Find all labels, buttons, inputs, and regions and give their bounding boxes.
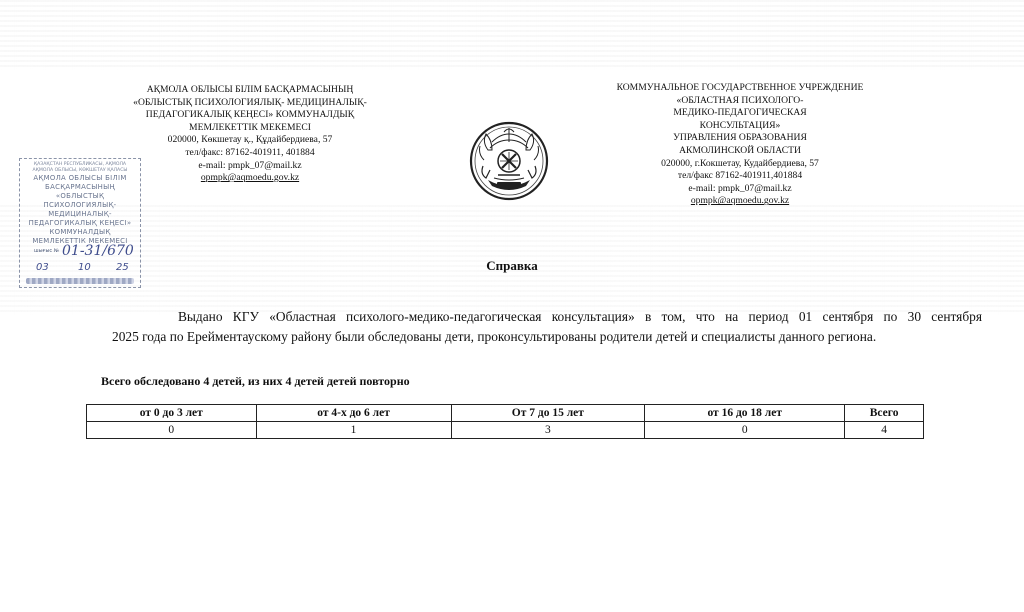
table-header-row: от 0 до 3 лет от 4-х до 6 лет От 7 до 15… [87, 405, 924, 422]
table-header-cell: от 16 до 18 лет [645, 405, 845, 422]
age-statistics-table: от 0 до 3 лет от 4-х до 6 лет От 7 до 15… [86, 404, 924, 439]
letterhead-line: ПЕДАГОГИКАЛЫҚ КЕҢЕСІ» КОММУНАЛДЫҚ [100, 109, 400, 122]
table-cell: 0 [645, 422, 845, 439]
letterhead-email: e-mail: pmpk_07@mail.kz [100, 160, 400, 173]
stamp-line: БАСҚАРМАСЫНЫҢ «ОБЛЫСТЫҚ [20, 183, 140, 201]
stamp-line: АҚМОЛА ОБЛЫСЫ БІЛІМ [20, 174, 140, 183]
table-cell: 1 [256, 422, 451, 439]
letterhead-phone: тел/факс: 87162-401911, 401884 [100, 147, 400, 160]
table-cell: 4 [845, 422, 924, 439]
summary-text: Всего обследовано 4 детей, из них 4 дете… [101, 374, 410, 389]
letterhead-right-russian: КОММУНАЛЬНОЕ ГОСУДАРСТВЕННОЕ УЧРЕЖДЕНИЕ … [590, 82, 890, 208]
table-cell: 3 [451, 422, 645, 439]
letterhead-address: 020000, г.Кокшетау, Кудайбердиева, 57 [590, 158, 890, 171]
letterhead-line: КОММУНАЛЬНОЕ ГОСУДАРСТВЕННОЕ УЧРЕЖДЕНИЕ [590, 82, 890, 95]
table-header-cell: от 4-х до 6 лет [256, 405, 451, 422]
letterhead-address: 020000, Көкшетау қ., Құдайбердиева, 57 [100, 134, 400, 147]
kazakhstan-state-emblem-icon [468, 120, 550, 202]
body-line-1: Выдано КГУ «Областная психолого-медико-п… [118, 307, 982, 327]
table-header-cell: от 0 до 3 лет [87, 405, 257, 422]
stamp-stripe [26, 278, 134, 284]
table-header-cell: Всего [845, 405, 924, 422]
letterhead-line: «ОБЛАСТНАЯ ПСИХОЛОГО- [590, 95, 890, 108]
letterhead-email: e-mail: pmpk_07@mail.kz [590, 183, 890, 196]
letterhead-line: КОНСУЛЬТАЦИЯ» [590, 120, 890, 133]
table-cell: 0 [87, 422, 257, 439]
stamp-line: ПСИХОЛОГИЯЛЫҚ- [20, 201, 140, 210]
document-title: Справка [0, 258, 1024, 274]
letterhead-line: «ОБЛЫСТЫҚ ПСИХОЛОГИЯЛЫҚ- МЕДИЦИНАЛЫҚ- [100, 97, 400, 110]
letterhead-line: УПРАВЛЕНИЯ ОБРАЗОВАНИЯ [590, 132, 890, 145]
letterhead-left-kazakh: АҚМОЛА ОБЛЫСЫ БІЛІМ БАСҚАРМАСЫНЫҢ «ОБЛЫС… [100, 84, 400, 185]
letterhead-phone: тел/факс 87162-401911,401884 [590, 170, 890, 183]
stamp-line: ПЕДАГОГИКАЛЫҚ КЕҢЕСІ» [20, 219, 140, 228]
scan-noise-top [0, 0, 1024, 70]
letterhead-line: МЕМЛЕКЕТТІК МЕКЕМЕСІ [100, 122, 400, 135]
stamp-reg-number: 01-31/670 [62, 243, 134, 259]
stamp-reg-label: шығыс № [34, 248, 59, 254]
body-line-2: 2025 года по Ерейментаускому району были… [112, 327, 982, 347]
letterhead-email-secondary: opmpk@aqmoedu.gov.kz [590, 195, 890, 208]
table-row: 0 1 3 0 4 [87, 422, 924, 439]
document-body: Выдано КГУ «Областная психолого-медико-п… [118, 307, 982, 347]
letterhead-line: МЕДИКО-ПЕДАГОГИЧЕСКАЯ [590, 107, 890, 120]
letterhead-line: АҚМОЛА ОБЛЫСЫ БІЛІМ БАСҚАРМАСЫНЫҢ [100, 84, 400, 97]
letterhead-line: АКМОЛИНСКОЙ ОБЛАСТИ [590, 145, 890, 158]
table-header-cell: От 7 до 15 лет [451, 405, 645, 422]
stamp-line: КОММУНАЛДЫҚ [20, 228, 140, 237]
stamp-line: МЕДИЦИНАЛЫҚ- [20, 210, 140, 219]
letterhead-email-secondary: opmpk@aqmoedu.gov.kz [100, 172, 400, 185]
